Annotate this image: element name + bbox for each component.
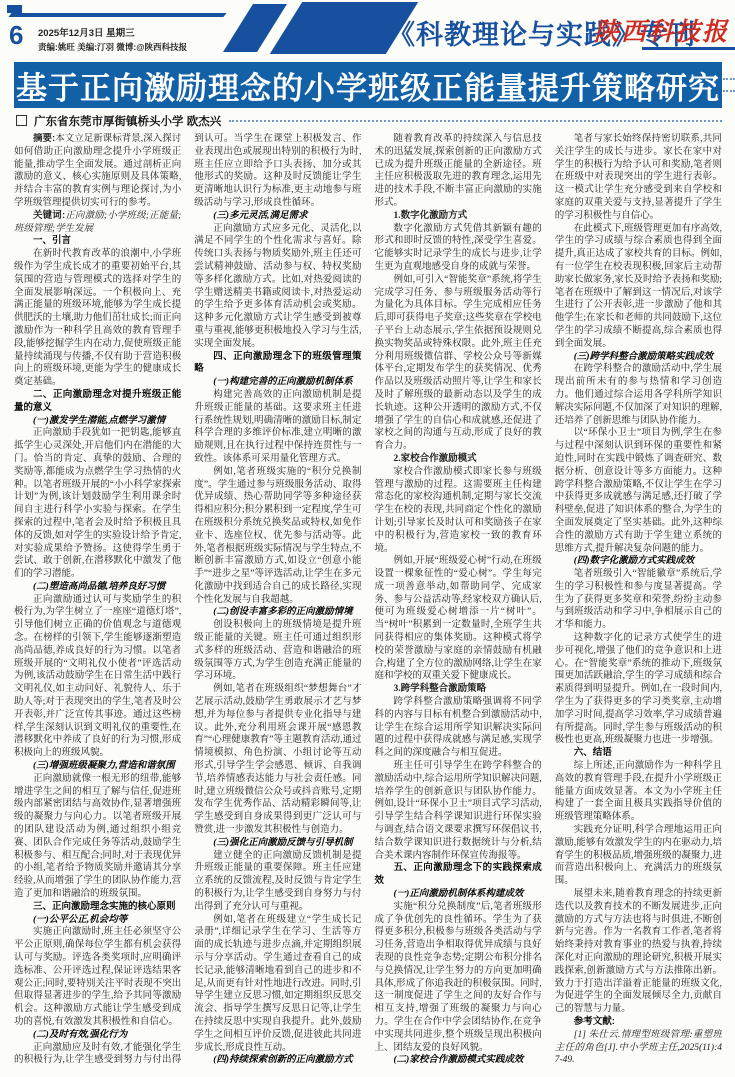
sub-heading: (二)创设丰富多彩的正向激励情境	[194, 606, 361, 619]
section-heading: 二、正向激励理念对提升班级正能量的意义	[14, 389, 181, 415]
section-heading: 参考文献:	[555, 1016, 722, 1029]
numbered-heading: 3.跨学科整合激励策略	[375, 683, 542, 696]
author-marker-square-icon	[16, 115, 27, 126]
article-paragraph: 正向激励通过认可与奖励学生的积极行为,为学生树立了一座座“道德灯塔”,引导他们树…	[14, 594, 181, 760]
article-paragraph: 班主任可引导学生在跨学科整合的激励活动中,综合运用所学知识解决问题,培养学生的创…	[375, 760, 542, 862]
staff-credits-line: 责编:姚旺 美编:汀羽 微博:@陕西科技报	[38, 41, 187, 53]
date-line: 2025年12月3日 星期三	[38, 25, 135, 39]
section-heading: 五、正向激励理念下的实践探索成效	[375, 862, 542, 888]
article-paragraph: 例如,开展“班级爱心树”行动,在班级设置一棵象征性的“爱心树”。学生每完成一项善…	[375, 555, 542, 683]
article-paragraph: 建立健全的正向激励反馈机制是提升班级正能量的重要保障。班主任应建立系统的反馈流程…	[194, 850, 361, 914]
article-paragraph: 实施“积分兑换制度”后,笔者班级形成了争优创先的良性循环。学生为了获得更多积分,…	[375, 901, 542, 1055]
article-paragraph: 跨学科整合激励策略强调将不同学科的内容与目标有机整合到激励活动中,让学生在综合运…	[375, 696, 542, 760]
article-paragraph: 例如,笔者在班级组织“梦想舞台”才艺展示活动,鼓励学生勇敢展示才艺与梦想,并为每…	[194, 683, 361, 837]
article-paragraph: 在跨学科整合的激励活动中,学生展现出前所未有的参与热情和学习创造力。他们通过综合…	[555, 363, 722, 427]
sub-heading: (二)塑造高尚品德,培养良好习惯	[14, 581, 181, 594]
numbered-heading: 1.数字化激励方式	[375, 210, 542, 223]
author-byline: 广东省东莞市厚街镇桥头小学 欧杰兴	[34, 113, 221, 129]
newspaper-masthead: 陕西科技报	[594, 12, 729, 48]
sub-heading: (三)跨学科整合激励策略实践成效	[555, 351, 722, 364]
section-heading: 四、正向激励理念下的班级管理策略	[194, 351, 361, 377]
sub-heading: (三)增强班级凝聚力,营造和谐氛围	[14, 760, 181, 773]
header-ribbon-thin	[8, 13, 226, 17]
article-paragraph: 例如,笔者班级实施的“积分兑换制度”。学生通过参与班级服务活动、取得优异成绩、热…	[194, 466, 361, 607]
keywords-line: 关键词:正向激励;小学班级;正能量;班级管理;学生发展	[14, 210, 181, 236]
sub-heading: (一)正向激励机制体系构建成效	[375, 888, 542, 901]
article-paragraph: 例如,笔者在班级建立“学生成长记录册”,详细记录学生在学习、生活等方面的成长轨迹…	[194, 914, 361, 1055]
page-number: 6	[9, 22, 23, 48]
article-paragraph: 家校合作激励模式即家长参与班级管理与激励的过程。这需要班主任构建常态化的家校沟通…	[375, 466, 542, 556]
article-paragraph: 数字化激励方式凭借其新颖有趣的形式和即时反馈的特性,深受学生喜爱。它能够实时记录…	[375, 223, 542, 274]
article-paragraph: 这种数字化的记录方式使学生的进步可视化,增强了他们的竞争意识和上进心。在“智能奖…	[555, 632, 722, 747]
article-paragraph: 笔者与家长始终保持密切联系,共同关注学生的成长与进步。家长在家中对学生的积极行为…	[555, 133, 722, 223]
article-paragraph: 在新时代教育改革的浪潮中,小学班级作为学生成长成才的重要初始平台,其氛围的营造与…	[14, 248, 181, 389]
article-paragraph: 以“环保小卫士”项目为例,学生在参与过程中深刻认识到环保的重要性和紧迫性,同时在…	[555, 427, 722, 555]
article-body: 摘要:本文立足新课标背景,深入探讨如何借助正向激励理念提升小学班级正能量,推动学…	[14, 133, 722, 1075]
article-paragraph: 综上所述,正向激励作为一种科学且高效的教育管理手段,在提升小学班级正能量方面成效…	[555, 760, 722, 824]
reference-entry: [1] 朱仕云.情理型班级管理:重塑班主任的角色[J].中小学班主任,2025(…	[555, 1029, 722, 1067]
sub-heading: (一)公平公正,机会均等	[14, 914, 181, 927]
section-heading: 一、引言	[14, 235, 181, 248]
article-paragraph: 正向激励就像一根无形的纽带,能够增进学生之间的相互了解与信任,促进班级内部紧密团…	[14, 773, 181, 901]
sub-heading: (二)及时有效,强化行为	[14, 1029, 181, 1042]
sub-heading: (三)多元灵活,满足需求	[194, 210, 361, 223]
sub-heading: (四)数字化激励方式实践成效	[555, 555, 722, 568]
sub-heading: (四)持续探索创新的正向激励方式	[194, 1054, 361, 1067]
header-decoration-square	[7, 5, 22, 13]
article-paragraph: 实施正向激励时,班主任必须坚守公平公正原则,确保每位学生都有机会获得认可与奖励。…	[14, 926, 181, 1028]
article-title: 基于正向激励理念的小学班级正能量提升策略研究	[16, 63, 720, 108]
article-paragraph: 实践充分证明,科学合理地运用正向激励,能够有效激发学生的内在驱动力,培育学生的积…	[555, 824, 722, 888]
newspaper-page: 6 2025年12月3日 星期三 责编:姚旺 美编:汀羽 微博:@陕西科技报 《…	[0, 0, 735, 1077]
dotted-rule	[723, 90, 735, 92]
abstract-paragraph: 摘要:本文立足新课标背景,深入探讨如何借助正向激励理念提升小学班级正能量,推动学…	[14, 133, 181, 210]
article-paragraph: 笔者班级引入“智能徽章”系统后,学生的学习积极性和参与度显著提高。学生为了获得更…	[555, 568, 722, 632]
section-heading: 三、正向激励理念实施的核心原则	[14, 901, 181, 914]
sub-heading: (二)家校合作激励模式实践成效	[375, 1054, 542, 1067]
article-paragraph: 在此模式下,班级管理更加有序高效,学生的学习成绩与综合素质也得到全面提升,真正达…	[555, 223, 722, 351]
article-paragraph: 创设积极向上的班级情境是提升班级正能量的关键。班主任可通过组织形式多样的班级活动…	[194, 619, 361, 683]
article-title-banner: 基于正向激励理念的小学班级正能量提升策略研究	[14, 62, 722, 108]
author-row: 广东省东莞市厚街镇桥头小学 欧杰兴	[16, 112, 722, 129]
article-paragraph: 构建完善高效的正向激励机制是提升班级正能量的基础。这要求班主任进行系统性规划,明…	[194, 389, 361, 466]
dotted-rule	[723, 78, 735, 80]
dotted-rule	[229, 120, 722, 122]
article-paragraph: 例如,可引入“智能奖章”系统,将学生完成学习任务、参与班级服务活动等行为量化为具…	[375, 274, 542, 453]
article-paragraph: 正向激励手段犹如一把钥匙,能够直抵学生心灵深处,开启他们内在潜能的大门。恰当的肯…	[14, 427, 181, 581]
section-heading: 六、结语	[555, 747, 722, 760]
sub-heading: (一)激发学生潜能,点燃学习激情	[14, 415, 181, 428]
numbered-heading: 2.家校合作激励模式	[375, 453, 542, 466]
sub-heading: (一)构建完善的正向激励机制体系	[194, 376, 361, 389]
article-paragraph: 正向激励方式应多元化、灵活化,以满足不同学生的个性化需求与喜好。除传统口头表扬与…	[194, 223, 361, 351]
page-header: 6 2025年12月3日 星期三 责编:姚旺 美编:汀羽 微博:@陕西科技报 《…	[0, 0, 735, 58]
sub-heading: (三)强化正向激励反馈与引导机制	[194, 837, 361, 850]
article-paragraph: 随着教育改革的持续深入与信息技术的迅猛发展,探索创新的正向激励方式已成为提升班级…	[375, 133, 542, 210]
article-paragraph: 展望未来,随着教育理念的持续更新迭代以及教育技术的不断发展进步,正向激励的方式与…	[555, 888, 722, 1016]
